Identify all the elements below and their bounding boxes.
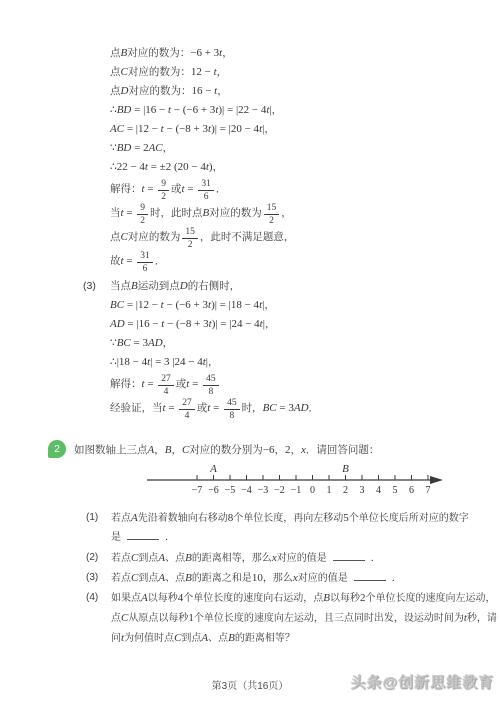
text-run: 以每秒 [330, 593, 360, 604]
fraction: 92 [158, 179, 169, 202]
text-run: 若点 [111, 573, 131, 584]
math-run: 22 − 4t = ±2 (20 − 4t) [117, 161, 213, 173]
text-run: 或 [197, 402, 208, 414]
tick-label: 4 [376, 485, 381, 496]
questions-list: (1)若点A先沿着数轴向右移动8个单位长度，再向左移动5个单位长度后所对应的数字… [86, 508, 490, 648]
math-run: B [131, 280, 138, 292]
text-run: ， [163, 142, 174, 154]
text-run: ． [371, 553, 381, 564]
tick-label: −5 [225, 485, 236, 496]
question-line: 是． [111, 528, 490, 548]
math-run: C [121, 231, 128, 243]
tick-label: 1 [327, 485, 332, 496]
solution-line: ∵BD = 2AC， [110, 139, 319, 158]
text-run: ∴ [110, 161, 117, 173]
solution-line: ∴|18 − 4t| = 3 |24 − 4t|， [110, 353, 319, 372]
text-run: ∵ [110, 142, 117, 154]
text-run: 为何值时点 [124, 633, 174, 644]
question-label: (1) [86, 508, 98, 528]
math-run: 16 − t [191, 85, 217, 97]
text-run: 对应的数分别为 [189, 444, 263, 456]
tick-label: −4 [241, 485, 252, 496]
text-run: 经验证，当 [110, 402, 163, 414]
text-run: 时，此时点 [150, 207, 203, 219]
question-line: 若点C到点A、点B的距离相等，那么x对应的值是． [111, 548, 490, 568]
solution-line: AD = |16 − t − (−8 + 3t)| = |24 − 4t|， [110, 315, 319, 334]
solution-line: 解得：t = 274或t = 458 [110, 372, 319, 396]
fraction: 316 [198, 179, 214, 202]
fraction-denominator: 6 [137, 263, 153, 274]
text-run: 点 [110, 231, 121, 243]
page: { "solution": { "blocks": [ { "lines": [… [0, 0, 500, 707]
fraction: 458 [224, 398, 240, 421]
math-run: BC = |12 − t − (−6 + 3t)| = |18 − 4t| [110, 299, 264, 311]
text-run: ， [213, 161, 224, 173]
text-run: 个单位长度的速度向左运动，且三点同时出发，设运动时间为 [194, 613, 464, 624]
tick-label: 3 [360, 485, 365, 496]
text-run: 当 [110, 207, 121, 219]
tick-label: 6 [409, 485, 414, 496]
text-run: ．请回答问题： [306, 444, 380, 456]
text-run: 个单位长度的速度向左运动， [365, 593, 495, 604]
tick-label: −3 [258, 485, 269, 496]
question-line: 如果点A以每秒4个单位长度的速度向右运动，点B以每秒2个单位长度的速度向左运动， [111, 588, 490, 608]
math-run: B [185, 552, 192, 564]
text-run: ， [208, 356, 219, 368]
text-run: ， [281, 207, 292, 219]
math-run: BC = 3AD [117, 337, 163, 349]
text-run: 个单位长度后所对应的数字 [349, 513, 469, 524]
text-run: 如果点 [111, 593, 141, 604]
tick-label: −2 [274, 485, 285, 496]
fraction-numerator: 9 [137, 203, 148, 215]
item-label: (3) [83, 277, 96, 296]
text-run: ，此时不满足题意， [200, 231, 295, 243]
fraction-denominator: 4 [179, 410, 195, 421]
math-run: t = [163, 402, 178, 414]
math-run: BC = 3AD [263, 402, 309, 414]
math-run: t = [121, 255, 136, 267]
fraction-numerator: 31 [137, 251, 153, 263]
text-run: 的距离相等？ [235, 633, 295, 644]
question-item: (1)若点A先沿着数轴向右移动8个单位长度，再向左移动5个单位长度后所对应的数字… [86, 508, 490, 548]
text-run: 到点 [138, 553, 158, 564]
fraction-numerator: 45 [203, 374, 219, 386]
solution-line: BC = |12 − t − (−6 + 3t)| = |18 − 4t|， [110, 296, 319, 315]
text-run: 的距离之和是 [192, 573, 252, 584]
solution-line: 点C对应的数为：12 − t， [110, 63, 319, 82]
fraction: 274 [158, 374, 174, 397]
fraction: 316 [137, 251, 153, 274]
text-run: ， [171, 444, 182, 456]
math-run: −6 [263, 444, 275, 456]
solution-line: 当t = 92时，此时点B对应的数为152， [110, 201, 319, 225]
question-item: (2)若点C到点A、点B的距离相等，那么x对应的值是． [86, 548, 490, 568]
text-run: 、点 [165, 553, 185, 564]
math-run: 10 [252, 572, 263, 584]
answer-blank [127, 528, 159, 540]
text-run: ∵ [110, 337, 117, 349]
question-line: 若点A先沿着数轴向右移动8个单位长度，再向左移动5个单位长度后所对应的数字 [111, 508, 490, 528]
text-run: ， [275, 444, 286, 456]
solution-line: 点C对应的数为152，此时不满足题意， [110, 225, 319, 249]
text-run: 若点 [111, 513, 131, 524]
question-label: (3) [86, 568, 98, 588]
fraction-numerator: 15 [264, 203, 280, 215]
problem-statement-row: 2 如图数轴上三点A，B，C对应的数分别为−6，2，x．请回答问题： [48, 440, 490, 458]
text-run: 个单位长度，再向左移动 [233, 513, 343, 524]
text-run: ， [222, 47, 233, 59]
text-run: 当点 [110, 280, 131, 292]
text-run: 解得： [110, 183, 142, 195]
text-run: ， [163, 337, 174, 349]
tick-label: −6 [208, 485, 219, 496]
math-run: A [141, 592, 148, 604]
text-run: 如图数轴上三点 [74, 444, 148, 456]
fraction-numerator: 45 [224, 398, 240, 410]
math-run: BD = 2AC [117, 142, 163, 154]
tick-label: −7 [192, 485, 203, 496]
text-run: ． [392, 573, 402, 584]
question-item: (3)若点C到点A、点B的距离之和是10，那么x对应的值是． [86, 568, 490, 588]
solution-line: ∴22 − 4t = ±2 (20 − 4t)， [110, 158, 319, 177]
question-line: 问t为何值时点C到点A、点B的距离相等？ [111, 628, 490, 648]
text-run: ∴ [110, 104, 117, 116]
math-run: BD = |16 − t − (−6 + 3t)| = |22 − 4t| [117, 104, 272, 116]
fraction-numerator: 31 [198, 179, 214, 191]
text-run: 点 [110, 66, 121, 78]
math-run: −6 + 3t [190, 47, 222, 59]
text-run: 解得： [110, 378, 142, 390]
solution-block: (3)当点B运动到点D的右侧时，BC = |12 − t − (−6 + 3t)… [110, 277, 319, 420]
fraction: 152 [264, 203, 280, 226]
math-run: |18 − 4t| = 3 |24 − 4t| [117, 356, 208, 368]
answer-blank [333, 549, 365, 561]
math-run: t = [121, 207, 136, 219]
solution-line: (3)当点B运动到点D的右侧时， [110, 277, 319, 296]
tick-label: 7 [426, 485, 431, 496]
text-run: 到点 [181, 633, 201, 644]
text-run: ， [265, 318, 276, 330]
math-run: t = [207, 402, 222, 414]
solution-line: ∵BC = 3AD， [110, 334, 319, 353]
text-run: 先沿着数轴向右移动 [138, 513, 228, 524]
point-label: B [342, 464, 349, 475]
tick-label: −1 [291, 485, 302, 496]
text-run: 、点 [165, 573, 185, 584]
text-run: 点 [110, 85, 121, 97]
text-run: 的右侧时， [188, 280, 241, 292]
solution-line: AC = |12 − t − (−8 + 3t)| = |20 − 4t|， [110, 120, 319, 139]
math-run: t = [186, 378, 201, 390]
watermark: 头条@创新思维教育 [350, 671, 494, 692]
math-run: B [323, 592, 330, 604]
text-run: 是 [111, 532, 121, 543]
question-line: 若点C到点A、点B的距离之和是10，那么x对应的值是． [111, 568, 490, 588]
number-line-figure: −7−6−5−4−3−2−101234567AB [141, 464, 490, 502]
solution-line: 点D对应的数为：16 − t， [110, 82, 319, 101]
text-run: ， [154, 444, 165, 456]
text-run: ． [309, 402, 320, 414]
text-run: 或 [171, 183, 182, 195]
tick-label: 5 [393, 485, 398, 496]
axis-arrow-icon [430, 476, 443, 484]
solution-block: 点B对应的数为：−6 + 3t，点C对应的数为：12 − t，点D对应的数为：1… [110, 44, 319, 273]
math-run: t = [142, 183, 157, 195]
text-run: 对应的数为 [209, 207, 262, 219]
math-run: B [228, 632, 235, 644]
text-run: ， [264, 299, 275, 311]
text-run: 时， [242, 402, 263, 414]
math-run: A [131, 512, 138, 524]
question-label: (2) [86, 548, 98, 568]
text-run: ， [291, 444, 302, 456]
text-run: 对应的数为： [127, 47, 190, 59]
solution-line: 点B对应的数为：−6 + 3t， [110, 44, 319, 63]
math-run: B [185, 572, 192, 584]
problem-number-badge: 2 [48, 440, 66, 458]
text-run: 或 [176, 378, 187, 390]
text-run: ， [272, 104, 283, 116]
math-run: t = [182, 183, 197, 195]
fraction: 92 [137, 203, 148, 226]
text-run: 对应的数为 [128, 231, 181, 243]
math-run: AD = |16 − t − (−8 + 3t)| = |24 − 4t| [110, 318, 265, 330]
math-run: 12 − t [191, 66, 217, 78]
text-run: 到点 [138, 573, 158, 584]
text-run: 对应的值是 [298, 573, 348, 584]
math-run: AC = |12 − t − (−8 + 3t)| = |20 − 4t| [110, 123, 264, 135]
text-run: 的距离相等，那么 [192, 553, 272, 564]
text-run: 对应的值是 [277, 553, 327, 564]
problem-2-section: 2 如图数轴上三点A，B，C对应的数分别为−6，2，x．请回答问题： −7−6−… [48, 440, 490, 648]
text-run: ． [216, 183, 227, 195]
text-run: 对应的数为： [128, 85, 191, 97]
text-run: ， [264, 123, 275, 135]
fraction: 458 [203, 374, 219, 397]
text-run: 秒，请 [467, 613, 497, 624]
number-line-svg: −7−6−5−4−3−2−101234567AB [141, 464, 461, 502]
answer-blank [354, 569, 386, 581]
fraction: 152 [182, 227, 198, 250]
text-run: ，那么 [263, 573, 293, 584]
solution-line: 经验证，当t = 274或t = 458时，BC = 3AD． [110, 396, 319, 420]
text-run: ， [217, 85, 228, 97]
text-run: ， [217, 66, 228, 78]
point-label: A [209, 464, 217, 475]
text-run: 点 [110, 47, 121, 59]
text-run: 故 [110, 255, 121, 267]
math-run: D [180, 280, 188, 292]
math-run: t = [142, 378, 157, 390]
fraction-numerator: 27 [179, 398, 195, 410]
fraction-numerator: 15 [182, 227, 198, 239]
fraction-denominator: 8 [224, 410, 240, 421]
text-run: 运动到点 [138, 280, 180, 292]
text-run: 、点 [208, 633, 228, 644]
solution-line: ∴BD = |16 − t − (−6 + 3t)| = |22 − 4t|， [110, 101, 319, 120]
math-run: C [121, 66, 128, 78]
problem-statement: 如图数轴上三点A，B，C对应的数分别为−6，2，x．请回答问题： [74, 442, 379, 457]
text-run: ． [155, 255, 166, 267]
text-run: ∴ [110, 356, 117, 368]
fraction: 274 [179, 398, 195, 421]
solution-line: 故t = 316． [110, 249, 319, 273]
fraction-numerator: 27 [158, 374, 174, 386]
tick-label: 0 [310, 485, 315, 496]
fraction-numerator: 9 [158, 179, 169, 191]
solution-line: 解得：t = 92或t = 316． [110, 177, 319, 201]
solution-section: 点B对应的数为：−6 + 3t，点C对应的数为：12 − t，点D对应的数为：1… [110, 44, 319, 424]
text-run: 对应的数为： [128, 66, 191, 78]
question-label: (4) [86, 588, 98, 608]
text-run: 从原点以每秒 [128, 613, 188, 624]
text-run: 问 [111, 633, 121, 644]
text-run: 若点 [111, 553, 131, 564]
text-run: ． [165, 532, 175, 543]
text-run: 点 [111, 613, 121, 624]
text-run: 以每秒 [148, 593, 178, 604]
document-page: 点B对应的数为：−6 + 3t，点C对应的数为：12 − t，点D对应的数为：1… [0, 0, 500, 707]
tick-label: 2 [343, 485, 348, 496]
question-line: 点C从原点以每秒1个单位长度的速度向左运动，且三点同时出发，设运动时间为t秒，请 [111, 608, 490, 628]
question-item: (4)如果点A以每秒4个单位长度的速度向右运动，点B以每秒2个单位长度的速度向左… [86, 588, 490, 648]
text-run: 个单位长度的速度向右运动，点 [183, 593, 323, 604]
